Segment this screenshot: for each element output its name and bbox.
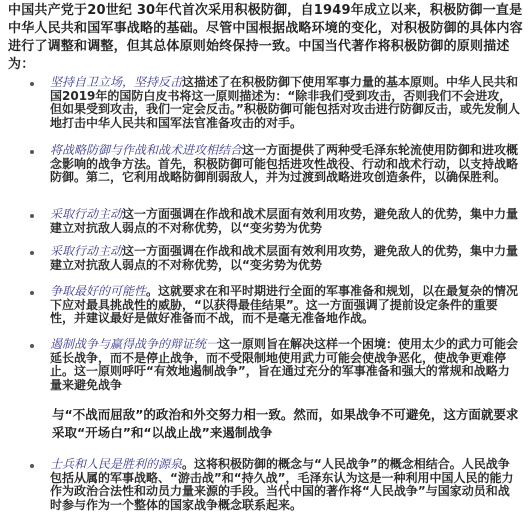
list-item-text: 坚持自卫立场，坚持反击这描述了在积极防御下使用军事力量的基本原则。中华人民共和国… (50, 76, 520, 130)
principle-title: 采取行动主动 (50, 244, 122, 258)
list-item-text: 遏制战争与赢得战争的辩证统一这一原则旨在解决这样一个困境：使用太少的武力可能会延… (50, 338, 520, 392)
principle-title: 坚持自卫立场，坚持反击 (50, 75, 182, 89)
continuation-paragraph: 与“不战而屈敌”的政治和外交努力相一致。然而，如果战争不可避免，这方面就要求采取… (52, 406, 522, 442)
list-item-text: 争取最好的可能性。这就要求在和平时期进行全面的军事准备和规划，以在最复杂的情况下… (50, 285, 520, 326)
principle-title: 采取行动主动 (50, 207, 122, 221)
bullet-icon (30, 150, 34, 154)
bullet-icon (30, 82, 34, 86)
bullet-icon (30, 251, 34, 255)
intro-paragraph: 中国共产党于20世纪 30年代首次采用积极防御，自1949年成立以来，积极防御一… (8, 2, 524, 74)
principle-title: 争取最好的可能性 (50, 284, 146, 298)
list-item-text: 采取行动主动这一方面强调在作战和战术层面有效利用攻势，避免敌人的优势，集中力量建… (50, 245, 520, 272)
principle-title: 士兵和人民是胜利的源泉 (50, 457, 182, 471)
principle-title: 将战略防御与作战和战术进攻相结合 (50, 143, 242, 157)
principle-title: 遏制战争与赢得战争的辩证统一 (50, 337, 218, 351)
list-item-text: 采取行动主动这一方面强调在作战和战术层面有效利用攻势，避免敌人的优势，集中力量建… (50, 208, 520, 235)
list-item-text: 士兵和人民是胜利的源泉。这将积极防御的概念与“人民战争”的概念相结合。人民战争包… (50, 458, 520, 512)
bullet-icon (30, 344, 34, 348)
list-item-text: 将战略防御与作战和战术进攻相结合这一方面提供了两种受毛泽东轮流使用防御和进攻概念… (50, 144, 520, 185)
bullet-icon (30, 464, 34, 468)
bullet-icon (30, 291, 34, 295)
bullet-icon (30, 214, 34, 218)
